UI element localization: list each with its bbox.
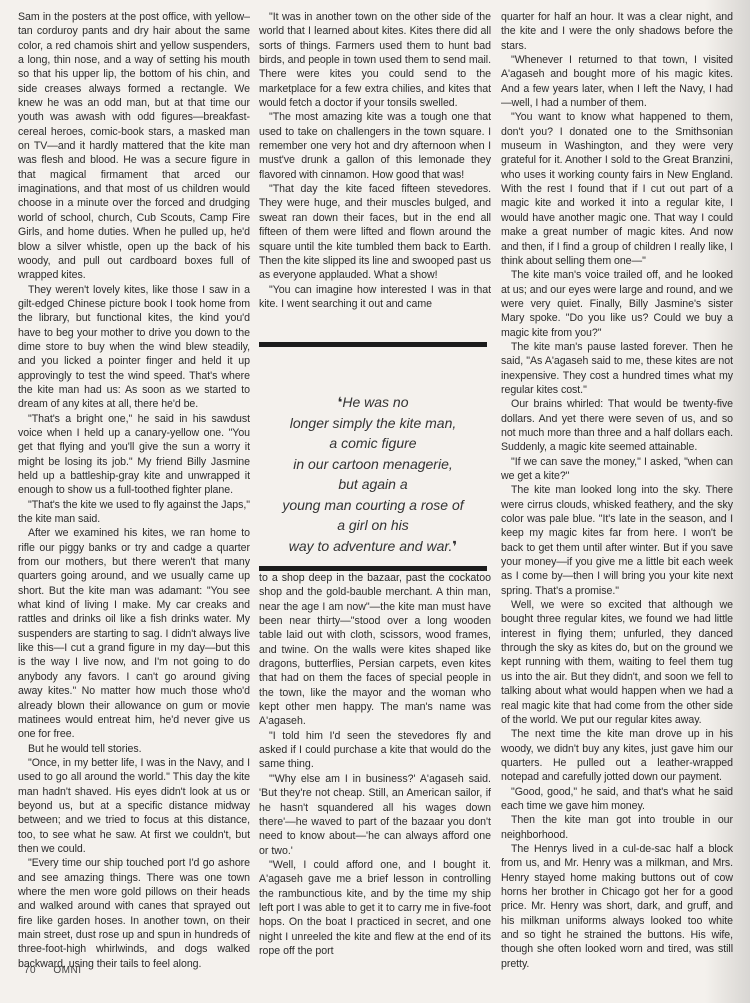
pull-quote-top-rule — [259, 342, 487, 347]
pull-quote-line: in our cartoon menagerie, — [259, 454, 487, 475]
paragraph: "The most amazing kite was a tough one t… — [259, 110, 491, 182]
paragraph: "That's a bright one," he said in his sa… — [18, 412, 250, 498]
paragraph: They weren't lovely kites, like those I … — [18, 283, 250, 412]
paragraph: Then the kite man got into trouble in ou… — [501, 813, 733, 842]
paragraph: The kite man looked long into the sky. T… — [501, 483, 733, 598]
paragraph: "I told him I'd seen the stevedores fly … — [259, 729, 491, 772]
paragraph: The next time the kite man drove up in h… — [501, 727, 733, 784]
paragraph: "That's the kite we used to fly against … — [18, 498, 250, 527]
pull-quote: ❛He was no longer simply the kite man, a… — [259, 392, 487, 556]
magazine-page: Sam in the posters at the post office, w… — [0, 0, 750, 1003]
page-folio: 70 OMNI — [24, 965, 96, 976]
pull-quote-line: way to adventure and war. — [289, 538, 453, 554]
pull-quote-line: young man courting a rose of — [259, 495, 487, 516]
paragraph: "Once, in my better life, I was in the N… — [18, 756, 250, 856]
pull-quote-line: a girl on his — [259, 515, 487, 536]
pull-quote-line: He was no — [342, 394, 408, 410]
paragraph: "Well, I could afford one, and I bought … — [259, 858, 491, 958]
column-3: quarter for half an hour. It was a clear… — [501, 10, 733, 971]
pull-quote-line: longer simply the kite man, — [259, 413, 487, 434]
close-quote-mark-icon: ❜ — [452, 538, 457, 554]
paragraph: "Whenever I returned to that town, I vis… — [501, 53, 733, 110]
paragraph: The kite man's pause lasted forever. The… — [501, 340, 733, 397]
paragraph: to a shop deep in the bazaar, past the c… — [259, 571, 491, 729]
paragraph: "Every time our ship touched port I'd go… — [18, 856, 250, 971]
pull-quote-line: a comic figure — [259, 433, 487, 454]
paragraph: Sam in the posters at the post office, w… — [18, 10, 250, 283]
paragraph: "You can imagine how interested I was in… — [259, 283, 491, 312]
column-1: Sam in the posters at the post office, w… — [18, 10, 250, 971]
magazine-name: OMNI — [53, 965, 81, 976]
column-2-top: "It was in another town on the other sid… — [259, 10, 491, 311]
paragraph: The Henrys lived in a cul-de-sac half a … — [501, 842, 733, 971]
paragraph: "That day the kite faced fifteen stevedo… — [259, 182, 491, 282]
paragraph: Well, we were so excited that although w… — [501, 598, 733, 727]
paragraph: quarter for half an hour. It was a clear… — [501, 10, 733, 53]
paragraph: "If we can save the money," I asked, "wh… — [501, 455, 733, 484]
paragraph: "Good, good," he said, and that's what h… — [501, 785, 733, 814]
pull-quote-line: but again a — [259, 474, 487, 495]
column-2-bottom: to a shop deep in the bazaar, past the c… — [259, 571, 491, 958]
pull-quote-box: ❛He was no longer simply the kite man, a… — [259, 342, 491, 574]
paragraph: After we examined his kites, we ran home… — [18, 526, 250, 741]
paragraph: "You want to know what happened to them,… — [501, 110, 733, 268]
paragraph: But he would tell stories. — [18, 742, 250, 756]
paragraph: Our brains whirled: That would be twenty… — [501, 397, 733, 454]
paragraph: The kite man's voice trailed off, and he… — [501, 268, 733, 340]
paragraph: "'Why else am I in business?' A'agaseh s… — [259, 772, 491, 858]
paragraph: "It was in another town on the other sid… — [259, 10, 491, 110]
page-number: 70 — [24, 965, 36, 976]
